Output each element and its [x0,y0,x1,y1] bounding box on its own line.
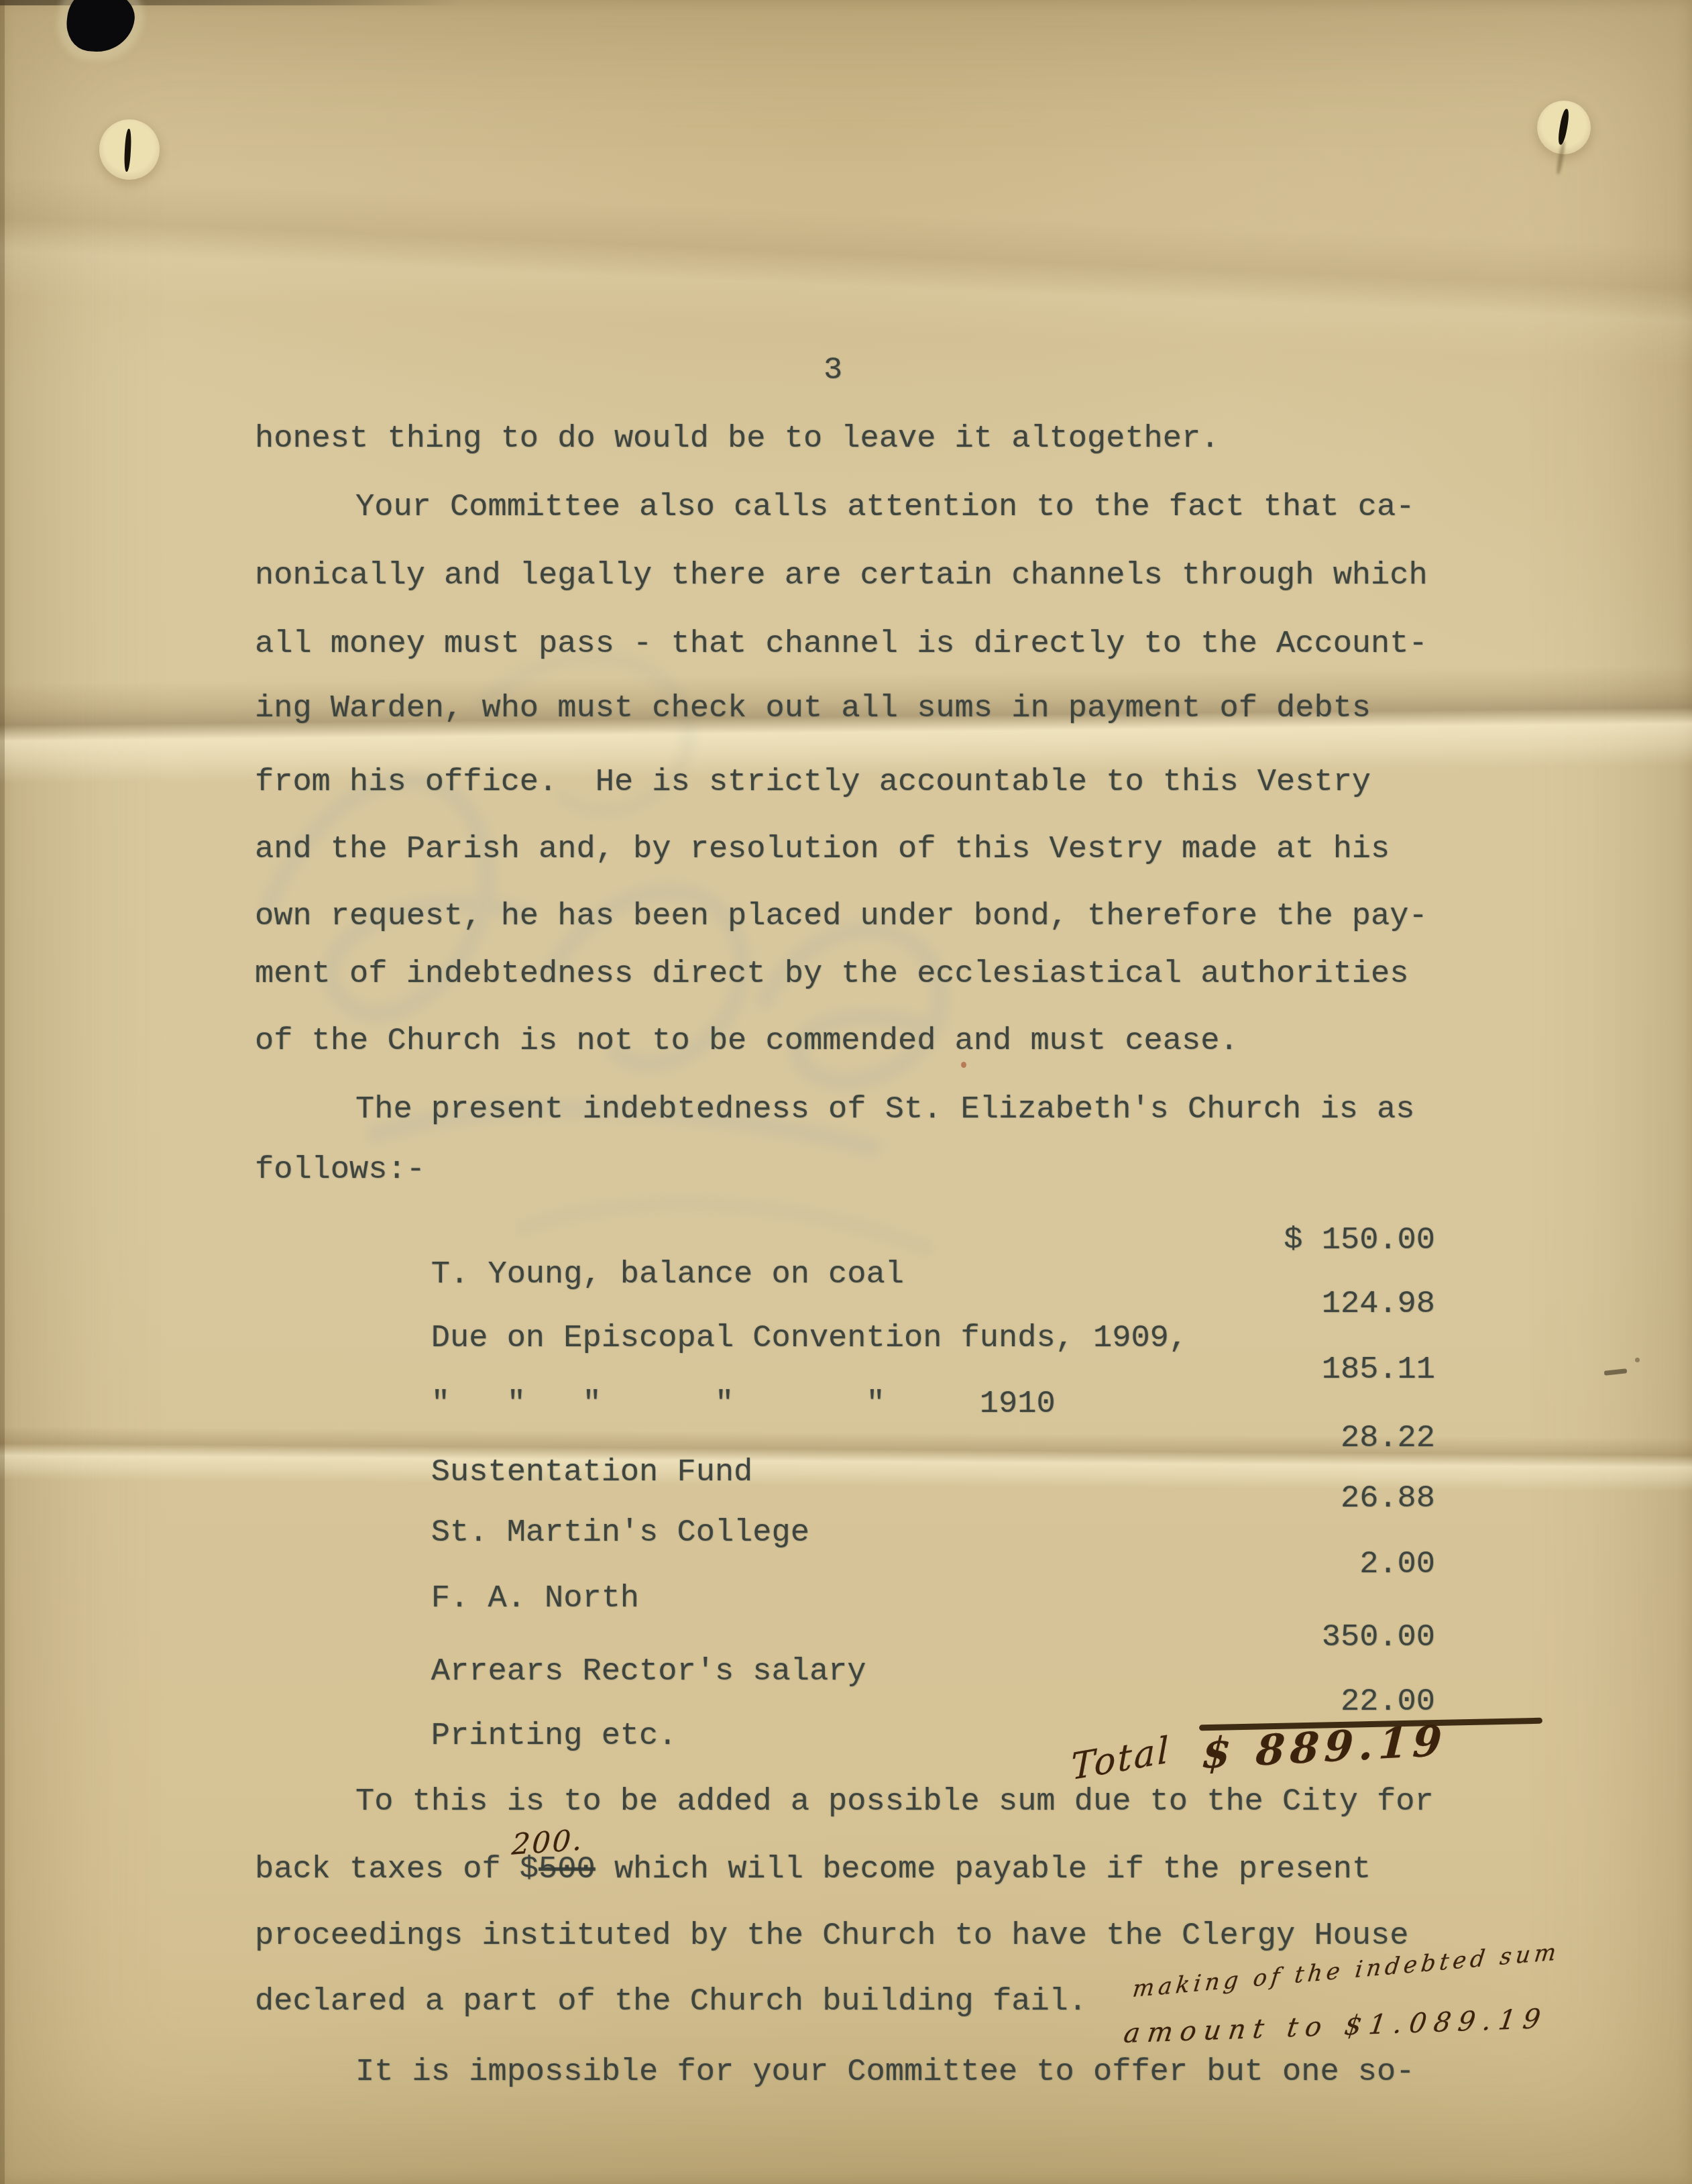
row-amount: $ 150.00 [1284,1224,1435,1258]
typed-line: honest thing to do would be to leave it … [255,423,1219,457]
row-label: Printing etc. [431,1718,677,1754]
row-amount: 350.00 [1322,1621,1435,1655]
row-label: T. Young, balance on coal [431,1257,904,1293]
typed-line: ment of indebtedness direct by the eccle… [255,958,1408,992]
typed-line: nonically and legally there are certain … [255,559,1428,594]
row-label: St. Martin's College [431,1515,809,1551]
back-taxes-suffix: which will become payable if the present [596,1852,1371,1888]
handwritten-margin-note-line2: amount to $1.089.19 [1122,2004,1550,2049]
fold-crease-top [0,174,1692,369]
margin-mark [1604,1368,1628,1376]
typed-line: ing Warden, who must check out all sums … [255,692,1371,726]
typed-line: own request, he has been placed under bo… [255,900,1428,934]
ink-blot [64,0,138,56]
typed-line: and the Parish and, by resolution of thi… [255,833,1390,867]
typed-line: all money must pass - that channel is di… [255,628,1428,662]
typed-line: The present indebtedness of St. Elizabet… [355,1093,1414,1128]
row-amount: 28.22 [1341,1422,1435,1456]
typed-line: of the Church is not to be commended and… [255,1025,1239,1059]
row-label: " " " " " 1910 [431,1386,1056,1422]
row-amount: 185.11 [1322,1354,1435,1388]
typed-line: proceedings instituted by the Church to … [255,1920,1408,1954]
typed-line: follows:- [255,1154,425,1188]
margin-speck [1635,1358,1640,1362]
typed-line: declared a part of the Church building f… [255,1985,1087,2020]
typed-line: Your Committee also calls attention to t… [355,491,1414,525]
row-label: Due on Episcopal Convention funds, 1909, [431,1321,1188,1356]
row-amount: 26.88 [1341,1482,1435,1517]
row-amount: 124.98 [1322,1288,1435,1322]
row-amount: 22.00 [1341,1686,1435,1720]
page-number: 3 [824,354,842,388]
paper-speck [961,1062,966,1068]
row-amount: 2.00 [1359,1548,1435,1582]
typed-line: It is impossible for your Committee to o… [355,2056,1414,2090]
struck-amount-500: 500 [539,1852,596,1888]
row-label: Arrears Rector's salary [431,1654,866,1690]
scan-edge-shadow [0,0,463,5]
back-taxes-prefix: back taxes of $ [255,1852,539,1888]
typed-line: To this is to be added a possible sum du… [355,1786,1434,1820]
scanned-document-page: 3 honest thing to do would be to leave i… [0,0,1692,2184]
scan-edge-shadow-left [0,0,5,2184]
row-label: F. A. North [431,1581,639,1617]
typed-line-back-taxes: back taxes of $500 which will become pay… [255,1853,1371,1888]
typed-line: from his office. He is strictly accounta… [255,766,1371,800]
